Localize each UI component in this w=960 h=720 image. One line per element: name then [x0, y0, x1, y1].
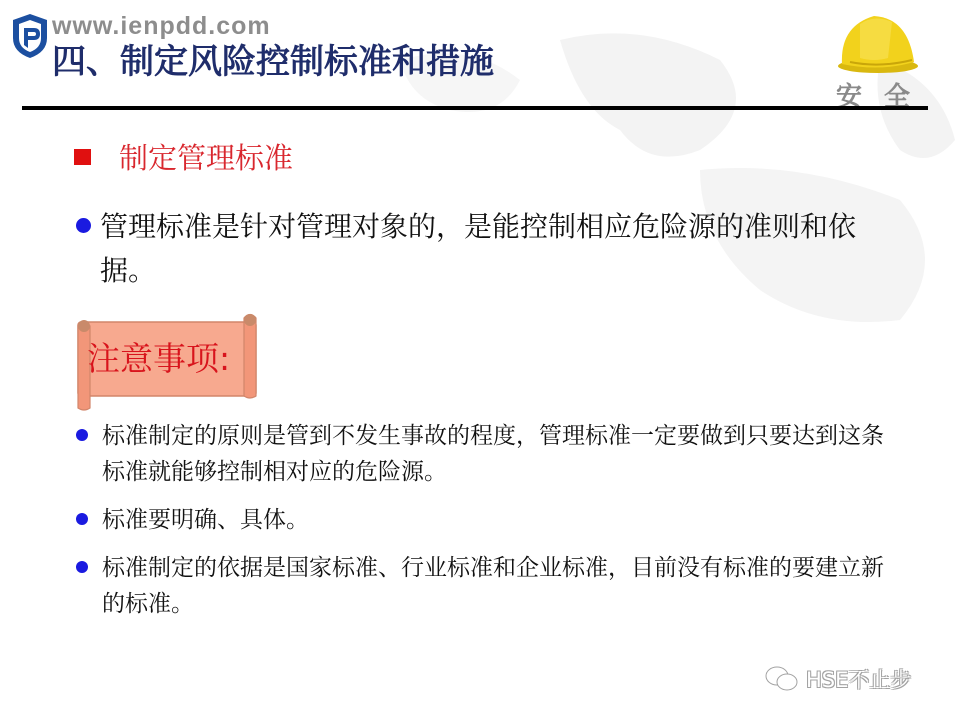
- bullet-dot-icon: [76, 513, 88, 525]
- list-item: 标准制定的原则是管到不发生事故的程度，管理标准一定要做到只要达到这条标准就能够控…: [76, 418, 896, 490]
- title-divider: [22, 106, 928, 110]
- page-title: 四、制定风险控制标准和措施: [52, 34, 494, 83]
- bullet-dot-icon: [76, 561, 88, 573]
- notice-label: 注意事项:: [87, 333, 230, 380]
- section-heading: 制定管理标准: [74, 136, 293, 177]
- bullet-dot-icon: [76, 429, 88, 441]
- note-text: 标准制定的原则是管到不发生事故的程度，管理标准一定要做到只要达到这条标准就能够控…: [102, 418, 896, 490]
- safety-helmet-icon: [830, 6, 920, 78]
- bullet-dot-icon: [76, 218, 91, 233]
- note-text: 标准制定的依据是国家标准、行业标准和企业标准，目前没有标准的要建立新的标准。: [102, 550, 896, 622]
- note-text: 标准要明确、具体。: [102, 502, 309, 538]
- main-bullet-point: 管理标准是针对管理对象的，是能控制相应危险源的准则和依据。: [76, 205, 896, 293]
- list-item: 标准制定的依据是国家标准、行业标准和企业标准，目前没有标准的要建立新的标准。: [76, 550, 896, 622]
- notes-list: 标准制定的原则是管到不发生事故的程度，管理标准一定要做到只要达到这条标准就能够控…: [76, 418, 896, 634]
- wechat-watermark: HSE不止步: [764, 664, 911, 694]
- list-item: 标准要明确、具体。: [76, 502, 896, 538]
- site-logo-icon: [10, 12, 50, 60]
- main-bullet-text: 管理标准是针对管理对象的，是能控制相应危险源的准则和依据。: [100, 205, 896, 293]
- watermark-url: www.ienpdd.com: [52, 12, 271, 41]
- red-square-bullet-icon: [74, 149, 91, 165]
- section-label: 制定管理标准: [119, 136, 293, 177]
- wechat-label: HSE不止步: [806, 664, 911, 694]
- wechat-icon: [764, 665, 800, 693]
